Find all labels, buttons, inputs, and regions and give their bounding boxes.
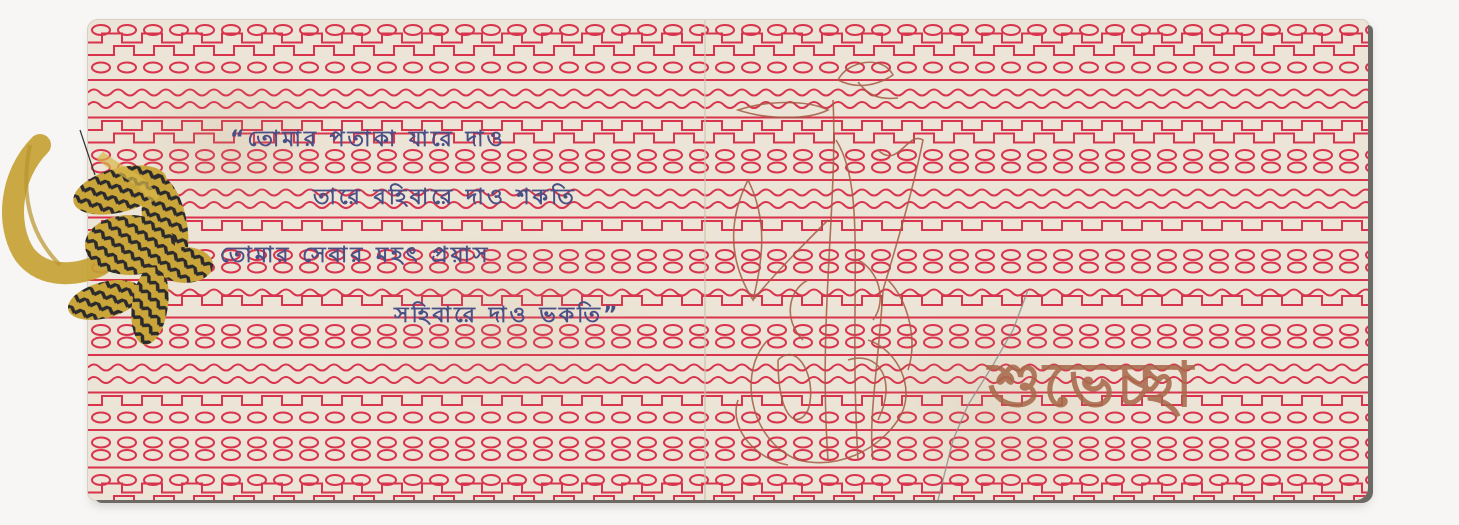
quote-line-3: তোমার সেবার মহৎ প্রয়াস <box>220 238 491 275</box>
quote-line-1: “তোমার পতাকা যারে দাও <box>230 122 506 159</box>
quote-line-2: তারে বহিবারে দাও শকতি <box>313 180 577 217</box>
braided-tassel-icon <box>0 115 240 355</box>
greeting-card: “তোমার পতাকা যারে দাও তারে বহিবারে দাও শ… <box>88 20 1368 500</box>
quote-line-4: সহিবারে দাও ভকতি” <box>394 298 620 335</box>
greeting-title: শুভেচ্ছা <box>988 338 1195 441</box>
